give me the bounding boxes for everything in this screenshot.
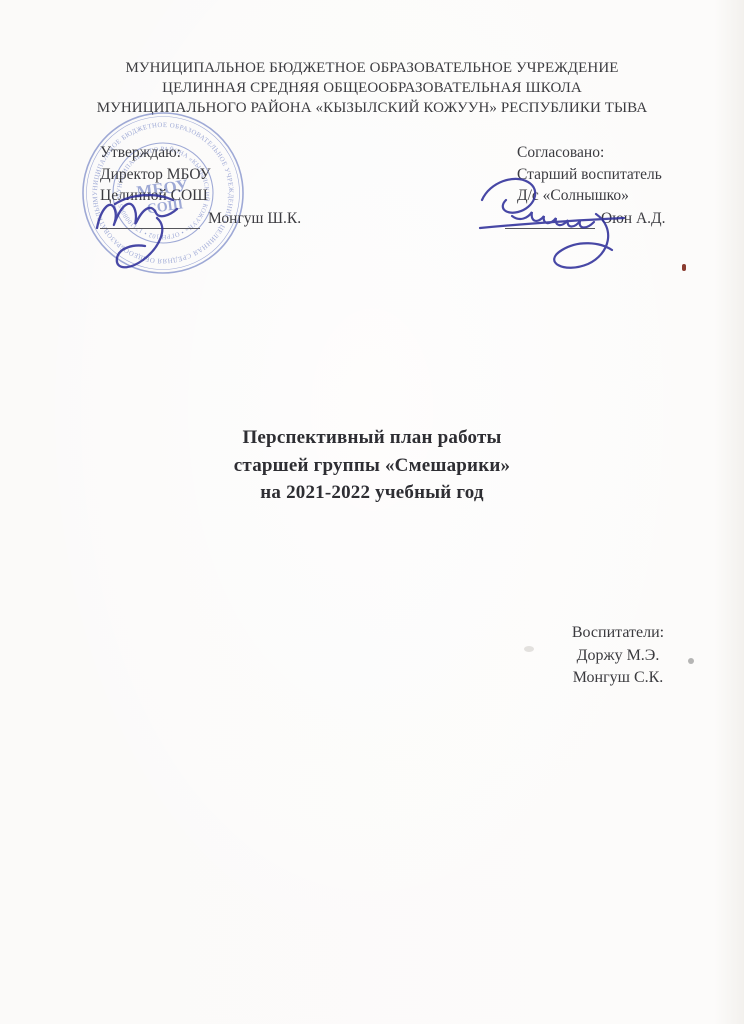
educator-signature xyxy=(472,166,652,276)
scan-speck-gray xyxy=(688,658,694,664)
approve-label: Утверждаю: xyxy=(100,142,301,164)
document-title: Перспективный план работы старшей группы… xyxy=(0,424,744,507)
title-line-3: на 2021-2022 учебный год xyxy=(0,479,744,507)
educators-label: Воспитатели: xyxy=(538,622,698,645)
educator-name-2: Монгуш С.К. xyxy=(538,667,698,690)
header-line-1: МУНИЦИПАЛЬНОЕ БЮДЖЕТНОЕ ОБРАЗОВАТЕЛЬНОЕ … xyxy=(0,58,744,78)
agree-label: Согласовано: xyxy=(517,142,665,164)
educator-name-1: Доржу М.Э. xyxy=(538,645,698,668)
document-page: МУНИЦИПАЛЬНОЕ БЮДЖЕТНОЕ ОБРАЗОВАТЕЛЬНОЕ … xyxy=(0,0,744,1024)
scan-speck-red xyxy=(682,264,686,271)
title-line-1: Перспективный план работы xyxy=(0,424,744,452)
director-signature xyxy=(85,178,240,278)
title-line-2: старшей группы «Смешарики» xyxy=(0,452,744,480)
header-line-2: ЦЕЛИННАЯ СРЕДНЯЯ ОБЩЕООБРАЗОВАТЕЛЬНАЯ ШК… xyxy=(0,78,744,98)
educators-block: Воспитатели: Доржу М.Э. Монгуш С.К. xyxy=(538,622,698,690)
scan-smudge xyxy=(524,646,534,652)
